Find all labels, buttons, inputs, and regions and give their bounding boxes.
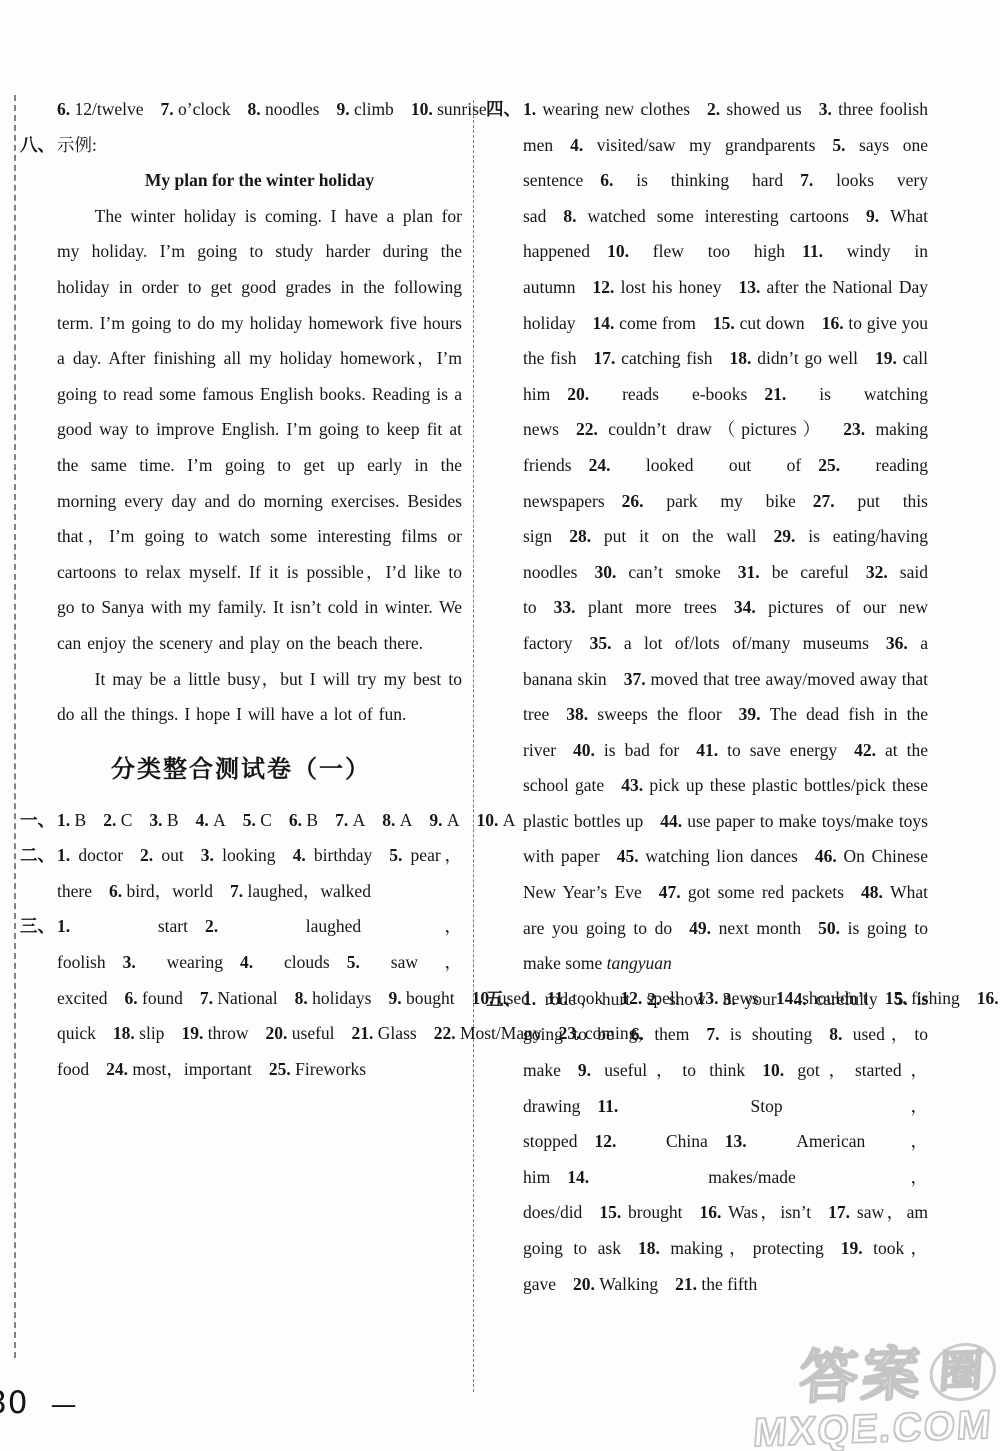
test-paper-title: 分类整合测试卷（一） bbox=[20, 750, 462, 790]
answer-item: 16. Museum bbox=[977, 988, 1000, 1008]
answer-item: 2. snow bbox=[647, 989, 706, 1009]
answer-item: 7. laughed，walked bbox=[230, 881, 371, 901]
answer-list: 1. wearing new clothes2. showed us3. thr… bbox=[523, 99, 928, 973]
answer-item: 4. visited/saw my grandparents bbox=[570, 135, 815, 155]
section-8-label: 示例: bbox=[57, 135, 97, 155]
answer-item: 9. A bbox=[429, 810, 459, 830]
answer-item: 6. found bbox=[125, 988, 183, 1008]
section-2-marker: 二、 bbox=[20, 838, 55, 874]
answer-item: 24. most，important bbox=[106, 1059, 252, 1079]
section-3: 三、 1. start2. laughed，foolish3. wearing4… bbox=[20, 909, 462, 1087]
answer-item: 8. A bbox=[382, 810, 412, 830]
answer-item: 35. a lot of/lots of/many museums bbox=[590, 633, 869, 653]
essay-sample: My plan for the winter holiday The winte… bbox=[20, 163, 462, 733]
answer-list: 1. rode，hurt2. snow3. your4. carefully5.… bbox=[523, 989, 928, 1294]
answer-item: 47. got some red packets bbox=[659, 882, 844, 902]
answer-list: 1. B2. C3. B4. A5. C6. B7. A8. A9. A10. … bbox=[57, 810, 532, 830]
answer-item: 18. didn’t go well bbox=[730, 348, 858, 368]
answer-item: 3. looking bbox=[201, 845, 276, 865]
answer-item: 17. catching fish bbox=[593, 348, 712, 368]
answer-item: 19. throw bbox=[181, 1023, 248, 1043]
answer-item: 6. 12/twelve bbox=[57, 99, 144, 119]
answer-item: 38. sweeps the floor bbox=[566, 704, 721, 724]
watermark-logo-text: 答案圈 bbox=[755, 1342, 998, 1409]
answer-item: 30. can’t smoke bbox=[594, 562, 720, 582]
answer-item: 20. useful bbox=[266, 1023, 335, 1043]
answer-item: 8. watched some interesting cartoons bbox=[563, 206, 849, 226]
answer-item: 7. is shouting bbox=[706, 1024, 812, 1044]
answer-item: 7. o’clock bbox=[161, 99, 231, 119]
answer-item: 12. China bbox=[594, 1131, 707, 1151]
answer-item: 9. climb bbox=[336, 99, 393, 119]
answer-item: 26. park my bike bbox=[622, 491, 796, 511]
answer-book-page: 6. 12/twelve7. o’clock8. noodles9. climb… bbox=[0, 0, 1000, 1451]
answer-item: 31. be careful bbox=[738, 562, 849, 582]
section-4-marker: 四、 bbox=[486, 92, 521, 128]
answer-list: 6. 12/twelve7. o’clock8. noodles9. climb… bbox=[57, 99, 504, 119]
answer-item: 5. C bbox=[243, 810, 272, 830]
essay-title: My plan for the winter holiday bbox=[57, 163, 462, 199]
answer-item: 18. making，protecting bbox=[638, 1238, 824, 1258]
answer-item: 6. them bbox=[631, 1024, 690, 1044]
answer-item: 8. holidays bbox=[295, 988, 372, 1008]
answer-item: 3. your bbox=[723, 989, 777, 1009]
page-spine-line bbox=[14, 95, 16, 1358]
answer-item: 10. flew too high bbox=[607, 241, 785, 261]
answer-item: 4. birthday bbox=[293, 845, 373, 865]
answer-item: 1. B bbox=[57, 810, 86, 830]
answer-item: 6. is thinking hard bbox=[600, 170, 783, 190]
answer-item: 4. A bbox=[196, 810, 226, 830]
page-number-dash: — bbox=[50, 1390, 77, 1420]
watermark-site-text: MXQE.COM bbox=[752, 1405, 994, 1451]
page-number: 80— bbox=[0, 1385, 77, 1421]
watermark-circle-badge: 圈 bbox=[928, 1342, 998, 1402]
answer-item: 6. B bbox=[289, 810, 318, 830]
answer-item: 1. wearing new clothes bbox=[523, 99, 690, 119]
answer-item: 49. next month bbox=[689, 918, 801, 938]
answer-item: 22. couldn’t draw（pictures） bbox=[576, 419, 826, 439]
answer-item: 2. out bbox=[140, 845, 184, 865]
answer-item: 15. brought bbox=[599, 1202, 682, 1222]
answer-item: 3. wearing bbox=[123, 952, 223, 972]
section-1-marker: 一、 bbox=[20, 803, 55, 839]
answer-item: 21. Glass bbox=[352, 1023, 417, 1043]
answer-item: 2. showed us bbox=[707, 99, 802, 119]
answer-item: 1. doctor bbox=[57, 845, 123, 865]
answer-item: 20. Walking bbox=[573, 1274, 658, 1294]
answer-item: 16. Was，isn’t bbox=[699, 1202, 811, 1222]
section-1: 一、 1. B2. C3. B4. A5. C6. B7. A8. A9. A1… bbox=[20, 803, 462, 839]
answer-item: 7. A bbox=[335, 810, 365, 830]
answer-item: 33. plant more trees bbox=[554, 597, 717, 617]
watermark: 答案圈 MXQE.COM bbox=[752, 1342, 998, 1451]
answer-item: 18. slip bbox=[113, 1023, 165, 1043]
section-5-marker: 五、 bbox=[486, 982, 521, 1018]
carryover-answers: 6. 12/twelve7. o’clock8. noodles9. climb… bbox=[20, 92, 462, 128]
section-2: 二、 1. doctor2. out3. looking4. birthday5… bbox=[20, 838, 462, 909]
section-4: 四、 1. wearing new clothes2. showed us3. … bbox=[486, 92, 928, 982]
right-column: 四、 1. wearing new clothes2. showed us3. … bbox=[486, 92, 928, 1302]
essay-paragraph-1: The winter holiday is coming. I have a p… bbox=[57, 199, 462, 662]
answer-item: 2. C bbox=[103, 810, 132, 830]
answer-item: 7. National bbox=[200, 988, 278, 1008]
answer-item: 20. reads e-books bbox=[567, 384, 747, 404]
answer-item: 8. noodles bbox=[248, 99, 320, 119]
section-8-marker: 八、 bbox=[20, 128, 55, 164]
answer-item: 6. bird，world bbox=[109, 881, 213, 901]
section-5: 五、 1. rode，hurt2. snow3. your4. carefull… bbox=[486, 982, 928, 1302]
answer-item: 3. B bbox=[149, 810, 178, 830]
page-number-value: 80 bbox=[0, 1385, 28, 1421]
answer-item: 24. looked out of bbox=[589, 455, 802, 475]
answer-item: 9. bought bbox=[388, 988, 454, 1008]
answer-item: 4. carefully bbox=[794, 989, 878, 1009]
answer-item: 12. lost his honey bbox=[593, 277, 722, 297]
section-8: 八、 示例: bbox=[20, 128, 462, 164]
answer-item: 15. cut down bbox=[713, 313, 805, 333]
answer-item: 4. clouds bbox=[240, 952, 330, 972]
answer-item: 14. come from bbox=[593, 313, 696, 333]
left-column: 6. 12/twelve7. o’clock8. noodles9. climb… bbox=[20, 92, 462, 1087]
answer-item: 1. rode，hurt bbox=[523, 989, 630, 1009]
answer-item: 28. put it on the wall bbox=[569, 526, 756, 546]
answer-item: 1. start bbox=[57, 916, 188, 936]
answer-item: 45. watching lion dances bbox=[617, 846, 798, 866]
answer-item: 25. Fireworks bbox=[269, 1059, 366, 1079]
watermark-cn-text: 答案 bbox=[797, 1341, 926, 1410]
answer-item: 21. the fifth bbox=[675, 1274, 757, 1294]
column-divider-line bbox=[473, 100, 474, 1392]
answer-item: 40. is bad for bbox=[573, 740, 679, 760]
answer-item: 9. useful，to think bbox=[578, 1060, 745, 1080]
section-3-marker: 三、 bbox=[20, 909, 55, 945]
answer-item: 41. to save energy bbox=[696, 740, 837, 760]
answer-list: 1. doctor2. out3. looking4. birthday5. p… bbox=[57, 845, 462, 901]
essay-paragraph-2: It may be a little busy，but I will try m… bbox=[57, 662, 462, 733]
answer-item: 10. sunrise bbox=[411, 99, 487, 119]
